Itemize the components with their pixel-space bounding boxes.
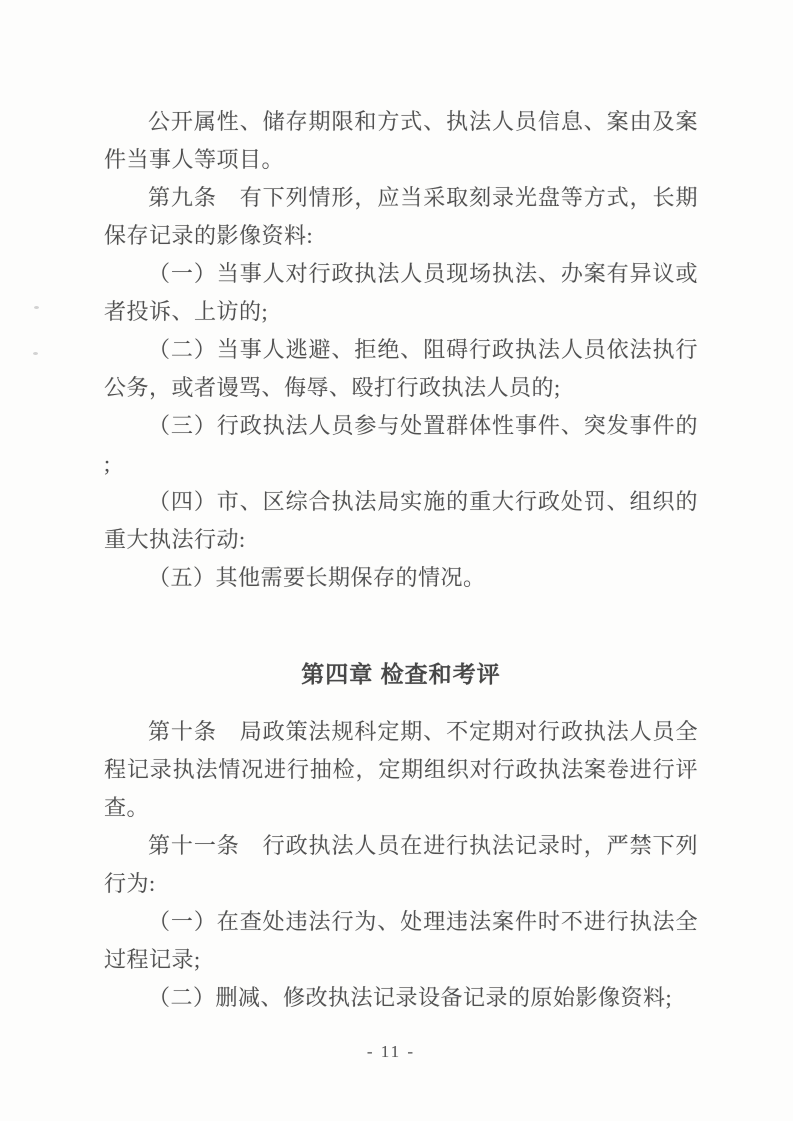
- text-line: （五）其他需要长期保存的情况。: [104, 559, 698, 597]
- text-line: （一）当事人对行政执法人员现场执法、办案有异议或: [104, 255, 698, 293]
- text-line: 过程记录;: [104, 941, 698, 979]
- text-line: 件当事人等项目。: [104, 141, 698, 179]
- text-line: 者投诉、上访的;: [104, 293, 698, 331]
- text-line: 保存记录的影像资料:: [104, 217, 698, 255]
- scan-speck: [33, 352, 38, 355]
- text-line: 公务，或者谩骂、侮辱、殴打行政执法人员的;: [104, 369, 698, 407]
- document-body: 公开属性、储存期限和方式、执法人员信息、案由及案件当事人等项目。第九条 有下列情…: [104, 103, 698, 1017]
- text-line: （二）当事人逃避、拒绝、阻碍行政执法人员依法执行: [104, 331, 698, 369]
- text-line: 查。: [104, 789, 698, 827]
- page-number: - 11 -: [0, 1042, 782, 1062]
- chapter-heading: 第四章 检查和考评: [104, 655, 698, 693]
- text-line: （一）在查处违法行为、处理违法案件时不进行执法全: [104, 903, 698, 941]
- document-page: 公开属性、储存期限和方式、执法人员信息、案由及案件当事人等项目。第九条 有下列情…: [0, 0, 793, 1121]
- text-line: 重大执法行动:: [104, 521, 698, 559]
- text-line: 第十一条 行政执法人员在进行执法记录时，严禁下列: [104, 827, 698, 865]
- text-line: ;: [104, 445, 698, 483]
- text-line: （二）删减、修改执法记录设备记录的原始影像资料;: [104, 979, 698, 1017]
- text-line: 第九条 有下列情形，应当采取刻录光盘等方式，长期: [104, 179, 698, 217]
- text-line: 程记录执法情况进行抽检，定期组织对行政执法案卷进行评: [104, 751, 698, 789]
- text-line: （四）市、区综合执法局实施的重大行政处罚、组织的: [104, 483, 698, 521]
- scan-speck: [34, 306, 39, 309]
- text-line: 行为:: [104, 865, 698, 903]
- text-line: （三）行政执法人员参与处置群体性事件、突发事件的: [104, 407, 698, 445]
- text-line: 公开属性、储存期限和方式、执法人员信息、案由及案: [104, 103, 698, 141]
- text-line: 第十条 局政策法规科定期、不定期对行政执法人员全: [104, 713, 698, 751]
